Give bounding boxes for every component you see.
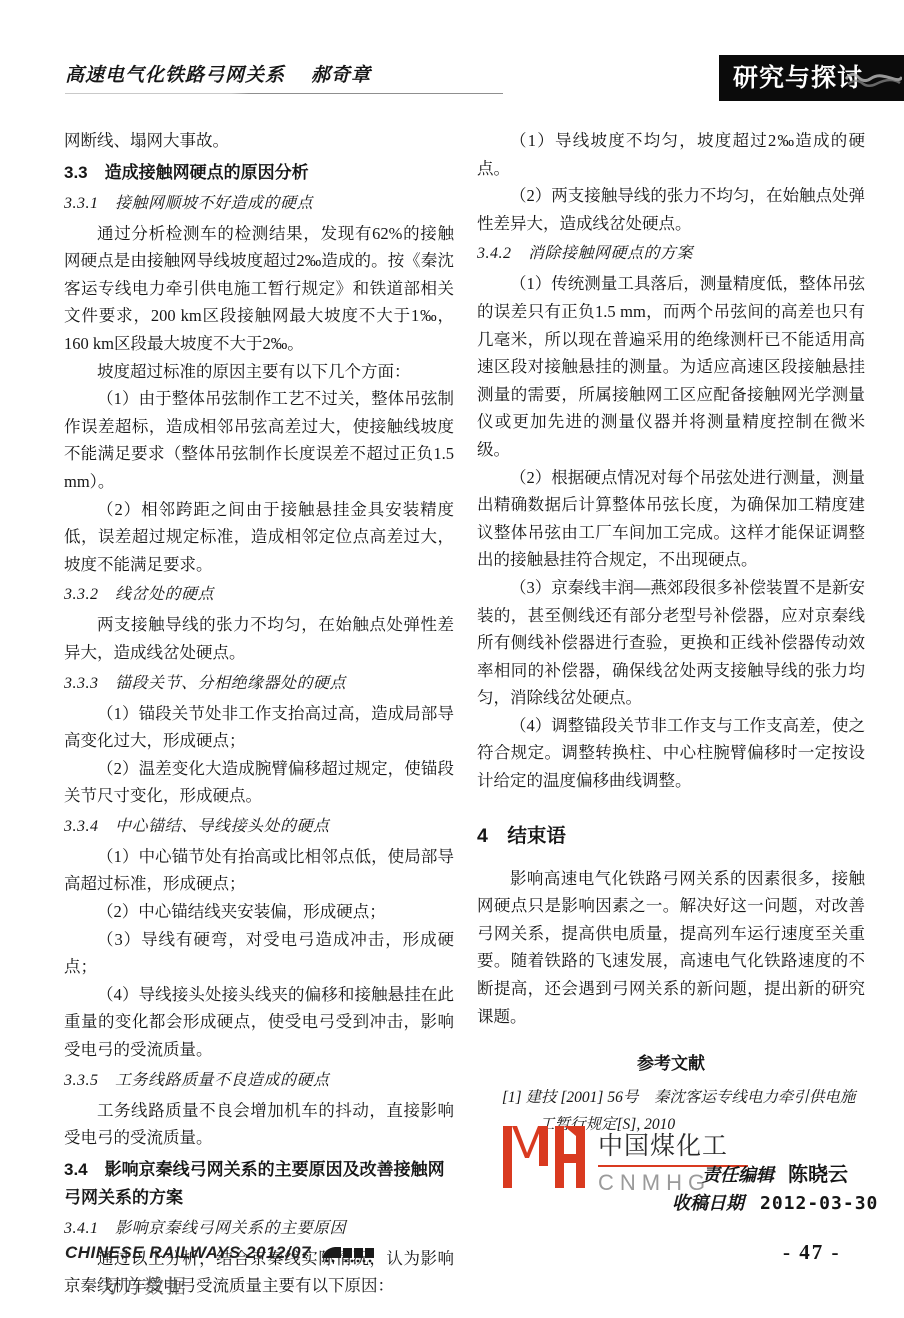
running-author: 郝奇章 — [311, 65, 371, 86]
paragraph: 坡度超过标准的原因主要有以下几个方面： — [64, 358, 454, 386]
section-badge: 研究与探讨 — [719, 55, 904, 101]
paragraph: （3）导线有硬弯，对受电弓造成冲击，形成硬点； — [64, 926, 454, 981]
header-rule — [65, 93, 503, 94]
journal-footer: CHINESE RAILWAYS 2012/07 — [65, 1243, 377, 1263]
running-title: 高速电气化铁路弓网关系 — [65, 65, 285, 86]
subsection-heading: 3.4.1 影响京秦线弓网关系的主要原因 — [64, 1215, 454, 1243]
paragraph: （2）温差变化大造成腕臂偏移超过规定，使锚段关节尺寸变化，形成硬点。 — [64, 755, 454, 810]
paragraph: （1）导线坡度不均匀，坡度超过2‰造成的硬点。 — [477, 127, 865, 182]
paragraph: 两支接触导线的张力不均匀，在始触点处弹性差异大，造成线岔处硬点。 — [64, 611, 454, 666]
page-number: - 47 - — [783, 1240, 841, 1265]
paragraph: （2）中心锚结线夹安装偏，形成硬点； — [64, 898, 454, 926]
editor-name: 陈晓云 — [788, 1164, 848, 1186]
running-head: 高速电气化铁路弓网关系郝奇章 — [65, 60, 371, 87]
subsection-heading: 3.3.3 锚段关节、分相绝缘器处的硬点 — [64, 670, 454, 698]
paragraph: （1）锚段关节处非工作支抬高过高，造成局部导高变化过大，形成硬点； — [64, 700, 454, 755]
received-date-line: 收稿日期2012-03-30 — [672, 1189, 878, 1215]
train-logo-icon — [321, 1243, 377, 1263]
cnmhg-logo-icon — [503, 1124, 585, 1190]
paragraph: （1）传统测量工具落后，测量精度低，整体吊弦的误差只有正负1.5 mm，而两个吊… — [477, 270, 865, 463]
right-column: （1）导线坡度不均匀，坡度超过2‰造成的硬点。（2）两支接触导线的张力不均匀，在… — [477, 127, 865, 1138]
received-date: 2012-03-30 — [760, 1193, 878, 1214]
paragraph: （1）中心锚节处有抬高或比相邻点低，使局部导高超过标准，形成硬点； — [64, 843, 454, 898]
paragraph: 通过分析检测车的检测结果，发现有62%的接触网硬点是由接触网导线坡度超过2‰造成… — [64, 220, 454, 358]
subsection-heading: 3.3.1 接触网顺坡不好造成的硬点 — [64, 190, 454, 218]
subsection-heading: 3.3.4 中心锚结、导线接头处的硬点 — [64, 813, 454, 841]
paragraph: 影响高速电气化铁路弓网关系的因素很多，接触网硬点只是影响因素之一。解决好这一问题… — [477, 865, 865, 1031]
subsection-heading: 3.3.2 线岔处的硬点 — [64, 581, 454, 609]
subsection-heading: 3.4.2 消除接触网硬点的方案 — [477, 240, 865, 268]
subsection-heading: 3.3.5 工务线路质量不良造成的硬点 — [64, 1067, 454, 1095]
wanfang-watermark: 万方数据 — [100, 1270, 188, 1299]
editor-label: 责任编辑 — [702, 1165, 774, 1185]
paragraph: （2）两支接触导线的张力不均匀，在始触点处弹性差异大，造成线岔处硬点。 — [477, 182, 865, 237]
paragraph: 工务线路质量不良会增加机车的抖动，直接影响受电弓的受流质量。 — [64, 1097, 454, 1152]
left-column: 网断线、塌网大事故。3.3 造成接触网硬点的原因分析3.3.1 接触网顺坡不好造… — [64, 127, 454, 1300]
received-label: 收稿日期 — [672, 1193, 744, 1213]
responsible-editor-line: 责任编辑陈晓云 — [702, 1158, 848, 1187]
paragraph: （3）京秦线丰润—燕郊段很多补偿装置不是新安装的，甚至侧线还有部分老型号补偿器，… — [477, 574, 865, 712]
paragraph: （1）由于整体吊弦制作工艺不过关，整体吊弦制作误差超标，造成相邻吊弦高差过大，使… — [64, 385, 454, 495]
section-heading: 3.3 造成接触网硬点的原因分析 — [64, 159, 454, 187]
paragraph: （4）导线接头处接头线夹的偏移和接触悬挂在此重量的变化都会形成硬点，使受电弓受到… — [64, 981, 454, 1064]
paragraph: 网断线、塌网大事故。 — [64, 127, 454, 155]
paragraph: （4）调整锚段关节非工作支与工作支高差，使之符合规定。调整转换柱、中心柱腕臂偏移… — [477, 712, 865, 795]
section-heading: 3.4 影响京秦线弓网关系的主要原因及改善接触网弓网关系的方案 — [64, 1156, 454, 1212]
paper-page: 高速电气化铁路弓网关系郝奇章 研究与探讨 网断线、塌网大事故。3.3 造成接触网… — [0, 0, 904, 1318]
paragraph: （2）根据硬点情况对每个吊弦处进行测量，测量出精确数据后计算整体吊弦长度，为确保… — [477, 464, 865, 574]
badge-scribble-icon — [844, 65, 902, 91]
paragraph: （2）相邻跨距之间由于接触悬挂金具安装精度低，误差超过规定标准，造成相邻定位点高… — [64, 496, 454, 579]
journal-name: CHINESE RAILWAYS 2012/07 — [65, 1243, 311, 1263]
chapter-heading: 4 结束语 — [477, 823, 865, 849]
references-heading: 参考文献 — [477, 1050, 865, 1078]
